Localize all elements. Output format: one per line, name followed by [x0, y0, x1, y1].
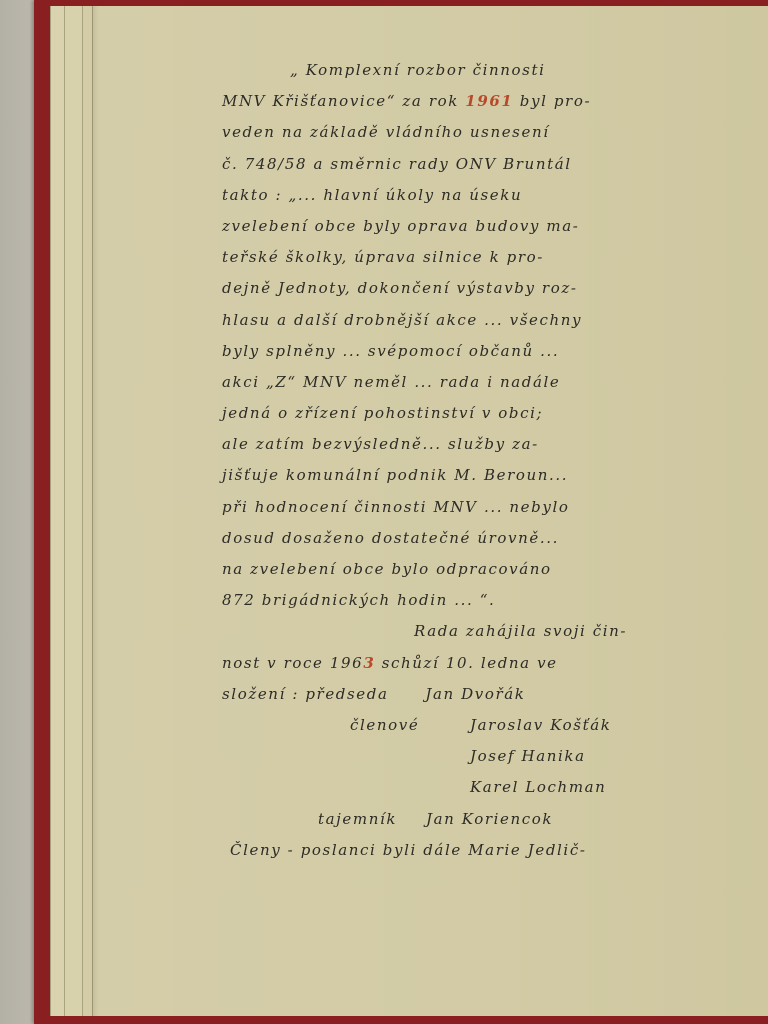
- line-text: složení :: [222, 685, 305, 703]
- text-line: dosud dosaženo dostatečné úrovně...: [222, 523, 682, 554]
- text-line: zvelebení obce byly oprava budovy ma-: [222, 211, 682, 242]
- year-highlight: 1961: [465, 92, 513, 110]
- line-text: Rada zahájila svoji čin-: [414, 622, 627, 640]
- line-text: veden na základě vládního usnesení: [222, 123, 550, 141]
- member-name: Karel Lochman: [470, 778, 606, 796]
- chairman-label: předseda: [305, 679, 425, 710]
- year-highlight: 3: [363, 654, 375, 672]
- handwritten-text: „ Komplexní rozbor činnosti MNV Křišťano…: [222, 55, 682, 866]
- text-line: tajemníkJan Koriencok: [222, 804, 682, 835]
- line-text: takto : „... hlavní úkoly na úseku: [222, 186, 522, 204]
- text-line: byly splněny ... svépomocí občanů ...: [222, 336, 682, 367]
- line-text: „ Komplexní rozbor činnosti: [290, 61, 546, 79]
- text-line: veden na základě vládního usnesení: [222, 117, 682, 148]
- line-text: dejně Jednoty, dokončení výstavby roz-: [222, 279, 578, 297]
- text-line: při hodnocení činnosti MNV ... nebylo: [222, 492, 682, 523]
- line-text: jišťuje komunální podnik M. Beroun...: [222, 466, 568, 484]
- text-line: teřské školky, úprava silnice k pro-: [222, 242, 682, 273]
- text-line: členovéJaroslav Košťák: [222, 710, 682, 741]
- line-text: jedná o zřízení pohostinství v obci;: [222, 404, 543, 422]
- member-name: Jaroslav Košťák: [470, 716, 611, 734]
- text-line: složení : předsedaJan Dvořák: [222, 679, 682, 710]
- line-text: teřské školky, úprava silnice k pro-: [222, 248, 544, 266]
- line-text: č. 748/58 a směrnic rady ONV Bruntál: [222, 155, 572, 173]
- text-line: dejně Jednoty, dokončení výstavby roz-: [222, 273, 682, 304]
- line-text: MNV Křišťanovice“ za rok: [222, 92, 465, 110]
- year-text: 196: [330, 654, 363, 672]
- secretary-label: tajemník: [318, 804, 426, 835]
- text-line: 872 brigádnických hodin ... “.: [222, 585, 682, 616]
- line-text: dosud dosaženo dostatečné úrovně...: [222, 529, 559, 547]
- line-text: na zvelebení obce bylo odpracováno: [222, 560, 552, 578]
- line-text: schůzí 10. ledna ve: [375, 654, 557, 672]
- text-line: akci „Z“ MNV neměl ... rada i nadále: [222, 367, 682, 398]
- line-text: akci „Z“ MNV neměl ... rada i nadále: [222, 373, 560, 391]
- text-line: „ Komplexní rozbor činnosti: [222, 55, 682, 86]
- line-text: byl pro-: [513, 92, 591, 110]
- line-text: 872 brigádnických hodin ... “.: [222, 591, 495, 609]
- text-line: ale zatím bezvýsledně... služby za-: [222, 429, 682, 460]
- line-text: nost v roce: [222, 654, 330, 672]
- text-line: Členy - poslanci byli dále Marie Jedlič-: [230, 835, 682, 866]
- text-line: na zvelebení obce bylo odpracováno: [222, 554, 682, 585]
- text-line: MNV Křišťanovice“ za rok 1961 byl pro-: [222, 86, 682, 117]
- text-line: nost v roce 1963 schůzí 10. ledna ve: [222, 648, 682, 679]
- chairman-name: Jan Dvořák: [425, 685, 525, 703]
- line-text: Členy - poslanci byli dále Marie Jedlič-: [230, 841, 587, 859]
- members-label: členové: [350, 710, 470, 741]
- text-line: č. 748/58 a směrnic rady ONV Bruntál: [222, 149, 682, 180]
- secretary-name: Jan Koriencok: [426, 810, 553, 828]
- text-line: hlasu a další drobnější akce ... všechny: [222, 305, 682, 336]
- text-line: Karel Lochman: [222, 772, 682, 803]
- text-line: Rada zahájila svoji čin-: [222, 616, 682, 647]
- line-text: při hodnocení činnosti MNV ... nebylo: [222, 498, 569, 516]
- text-line: takto : „... hlavní úkoly na úseku: [222, 180, 682, 211]
- line-text: byly splněny ... svépomocí občanů ...: [222, 342, 559, 360]
- line-text: hlasu a další drobnější akce ... všechny: [222, 311, 582, 329]
- member-name: Josef Hanika: [470, 747, 586, 765]
- text-line: jedná o zřízení pohostinství v obci;: [222, 398, 682, 429]
- text-line: jišťuje komunální podnik M. Beroun...: [222, 460, 682, 491]
- line-text: ale zatím bezvýsledně... služby za-: [222, 435, 539, 453]
- line-text: zvelebení obce byly oprava budovy ma-: [222, 217, 579, 235]
- text-line: Josef Hanika: [222, 741, 682, 772]
